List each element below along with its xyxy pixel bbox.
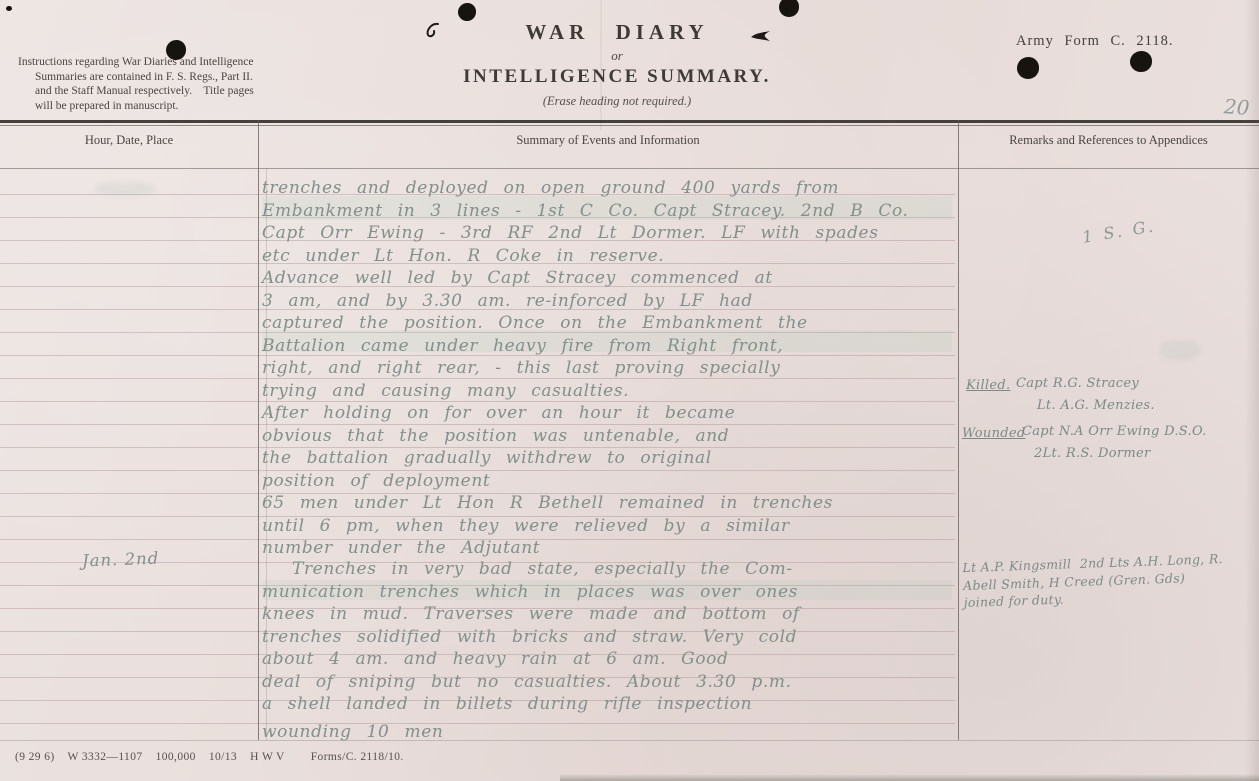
text-line: obvious that the position was untenable,…	[262, 425, 962, 448]
column-header-hour-date-place: Hour, Date, Place	[0, 133, 258, 148]
form-title-note: (Erase heading not required.)	[402, 94, 832, 109]
text-line: wounding 10 men	[262, 721, 962, 744]
hole-punch-mark	[458, 3, 476, 21]
header-rule-thick	[0, 120, 1259, 123]
hole-punch-mark	[1130, 51, 1152, 72]
header-rule-thin	[0, 125, 1259, 126]
text-line: captured the position. Once on the Emban…	[262, 312, 962, 335]
killed-name-1: Capt R.G. Stracey	[1016, 376, 1139, 391]
hole-punch-mark	[166, 40, 186, 60]
diary-entry-2-summary: Trenches in very bad state, especially t…	[262, 558, 962, 743]
column-header-summary: Summary of Events and Information	[258, 133, 958, 148]
printer-imprint: (9 29 6) W 3332—1107 100,000 10/13 H W V…	[15, 751, 404, 763]
column-divider-left	[258, 120, 259, 740]
text-line: Battalion came under heavy fire from Rig…	[262, 335, 962, 358]
text-line: Capt Orr Ewing - 3rd RF 2nd Lt Dormer. L…	[262, 222, 962, 245]
text-line: 65 men under Lt Hon R Bethell remained i…	[262, 492, 962, 515]
wounded-name-2: 2Lt. R.S. Dormer	[1034, 446, 1151, 461]
text-line: and the Staff Manual respectively. Title…	[18, 84, 348, 99]
wounded-name-1: Capt N.A Orr Ewing D.S.O.	[1022, 424, 1207, 439]
text-line: trenches solidified with bricks and stra…	[262, 626, 962, 649]
text-line: about 4 am. and heavy rain at 6 am. Good	[262, 648, 962, 671]
text-line: right, and right rear, - this last provi…	[262, 357, 962, 380]
ink-bird-mark	[750, 30, 772, 43]
column-header-remarks: Remarks and References to Appendices	[958, 133, 1259, 148]
wounded-label: Wounded	[962, 426, 1026, 441]
paper-edge-shadow	[1245, 0, 1259, 781]
text-line: trying and causing many casualties.	[262, 380, 962, 403]
text-line: the battalion gradually withdrew to orig…	[262, 447, 962, 470]
paper-edge-shadow	[560, 774, 1259, 781]
text-line: munication trenches which in places was …	[262, 581, 962, 604]
entry-date: Jan. 2nd	[82, 549, 160, 571]
diary-entry-1-summary: trenches and deployed on open ground 400…	[262, 177, 962, 560]
pencil-unit-note: 1 S. G.	[1081, 216, 1157, 246]
ink-speck	[6, 6, 12, 11]
ink-squiggle-mark	[424, 22, 444, 40]
killed-label: Killed.	[966, 378, 1010, 393]
form-instructions: Instructions regarding War Diaries and I…	[18, 55, 348, 113]
text-line: Advance well led by Capt Stracey commenc…	[262, 267, 962, 290]
form-subtitle: INTELLIGENCE SUMMARY.	[402, 66, 832, 88]
text-line: 3 am, and by 3.30 am. re-inforced by LF …	[262, 290, 962, 313]
fold-shadow	[600, 0, 602, 130]
diary-entry-2-remarks: Lt A.P. Kingsmill 2nd Lts A.H. Long, R.A…	[962, 549, 1254, 612]
text-line: will be prepared in manuscript.	[18, 99, 348, 114]
text-line: position of deployment	[262, 470, 962, 493]
text-line: a shell landed in billets during rifle i…	[262, 693, 962, 716]
text-line: deal of sniping but no casualties. About…	[262, 671, 962, 694]
text-line: until 6 pm, when they were relieved by a…	[262, 515, 962, 538]
text-line: etc under Lt Hon. R Coke in reserve.	[262, 245, 962, 268]
text-line: After holding on for over an hour it bec…	[262, 402, 962, 425]
hole-punch-mark	[779, 0, 799, 17]
text-line: Embankment in 3 lines - 1st C Co. Capt S…	[262, 200, 962, 223]
army-form-number: Army Form C. 2118.	[1016, 33, 1174, 50]
scanned-war-diary-page: Instructions regarding War Diaries and I…	[0, 0, 1259, 781]
form-title-or: or	[402, 48, 832, 64]
text-line: trenches and deployed on open ground 400…	[262, 177, 962, 200]
text-line: Summaries are contained in F. S. Regs., …	[18, 70, 348, 85]
faded-date-smudge	[95, 182, 155, 196]
killed-name-2: Lt. A.G. Menzies.	[1037, 398, 1155, 413]
text-line: knees in mud. Traverses were made and bo…	[262, 603, 962, 626]
text-line: number under the Adjutant	[262, 537, 962, 560]
text-line: Trenches in very bad state, especially t…	[262, 558, 962, 581]
hole-punch-mark	[1017, 57, 1039, 79]
pencil-smudge	[1160, 340, 1200, 360]
column-header-bottom-rule	[0, 168, 1259, 169]
